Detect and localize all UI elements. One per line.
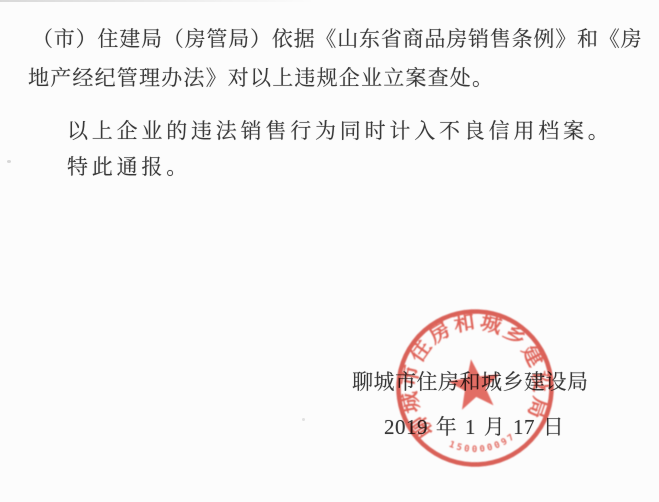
body-text-line-4: 特此通报。 [67, 155, 191, 179]
scanned-document-page: （市）住建局（房管局）依据《山东省商品房销售条例》和《房 地产经纪管理办法》对以… [0, 0, 659, 502]
official-red-seal: 聊城市住房和城乡建设局 3715000009783 [373, 286, 576, 489]
body-text-line-2: 地产经纪管理办法》对以上违规企业立案查处。 [28, 66, 494, 90]
body-text-line-1: （市）住建局（房管局）依据《山东省商品房销售条例》和《房 [32, 27, 642, 51]
scan-speckle [7, 160, 11, 163]
scan-edge-artifact [0, 0, 395, 2]
body-text-line-3: 以上企业的违法销售行为同时计入不良信用档案。 [67, 119, 613, 143]
scan-speckle [302, 418, 305, 421]
star-icon [446, 356, 504, 411]
